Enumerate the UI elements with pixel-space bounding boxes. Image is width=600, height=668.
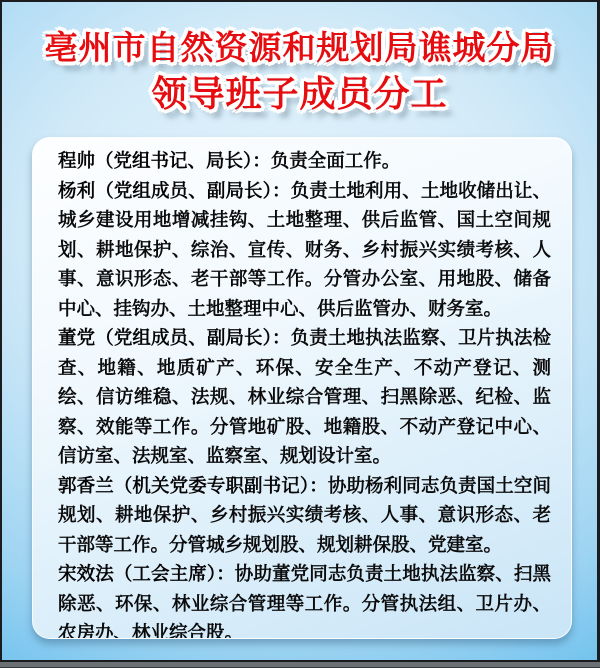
title-line-1: 亳州市自然资源和规划局谯城分局 <box>2 24 597 72</box>
assignment-name-role: 杨利（党组成员、副局长）： <box>58 180 291 201</box>
poster-title: 亳州市自然资源和规划局谯城分局 领导班子成员分工 <box>2 2 597 116</box>
title-line-2: 领导班子成员分工 <box>2 72 597 116</box>
assignment-name-role: 程帅（党组书记、局长）： <box>58 150 271 171</box>
assignment-name-role: 郭香兰（机关党委专职副书记）： <box>58 475 328 496</box>
assignment-paragraph: 杨利（党组成员、副局长）：负责土地利用、土地收储出让、城乡建设用地增减挂钩、土地… <box>58 176 551 324</box>
assignment-duties: 负责全面工作。 <box>271 150 401 171</box>
poster-background: 亳州市自然资源和规划局谯城分局 领导班子成员分工 程帅（党组书记、局长）：负责全… <box>0 0 600 662</box>
bottom-edge-strip <box>0 662 600 668</box>
assignment-paragraph: 宋效法（工会主席）：协助董党同志负责土地执法监察、扫黑除恶、环保、林业综合管理等… <box>58 559 551 639</box>
content-card: 程帅（党组书记、局长）：负责全面工作。杨利（党组成员、副局长）：负责土地利用、土… <box>32 137 572 639</box>
assignment-paragraph: 董党（党组成员、副局长）：负责土地执法监察、卫片执法检查、地籍、地质矿产、环保、… <box>58 323 551 471</box>
assignment-paragraph: 程帅（党组书记、局长）：负责全面工作。 <box>58 146 551 176</box>
assignment-list: 程帅（党组书记、局长）：负责全面工作。杨利（党组成员、副局长）：负责土地利用、土… <box>58 146 551 639</box>
assignment-name-role: 董党（党组成员、副局长）： <box>58 327 291 348</box>
assignment-paragraph: 郭香兰（机关党委专职副书记）：协助杨利同志负责国土空间规划、耕地保护、乡村振兴实… <box>58 471 551 560</box>
assignment-name-role: 宋效法（工会主席）： <box>58 563 235 584</box>
